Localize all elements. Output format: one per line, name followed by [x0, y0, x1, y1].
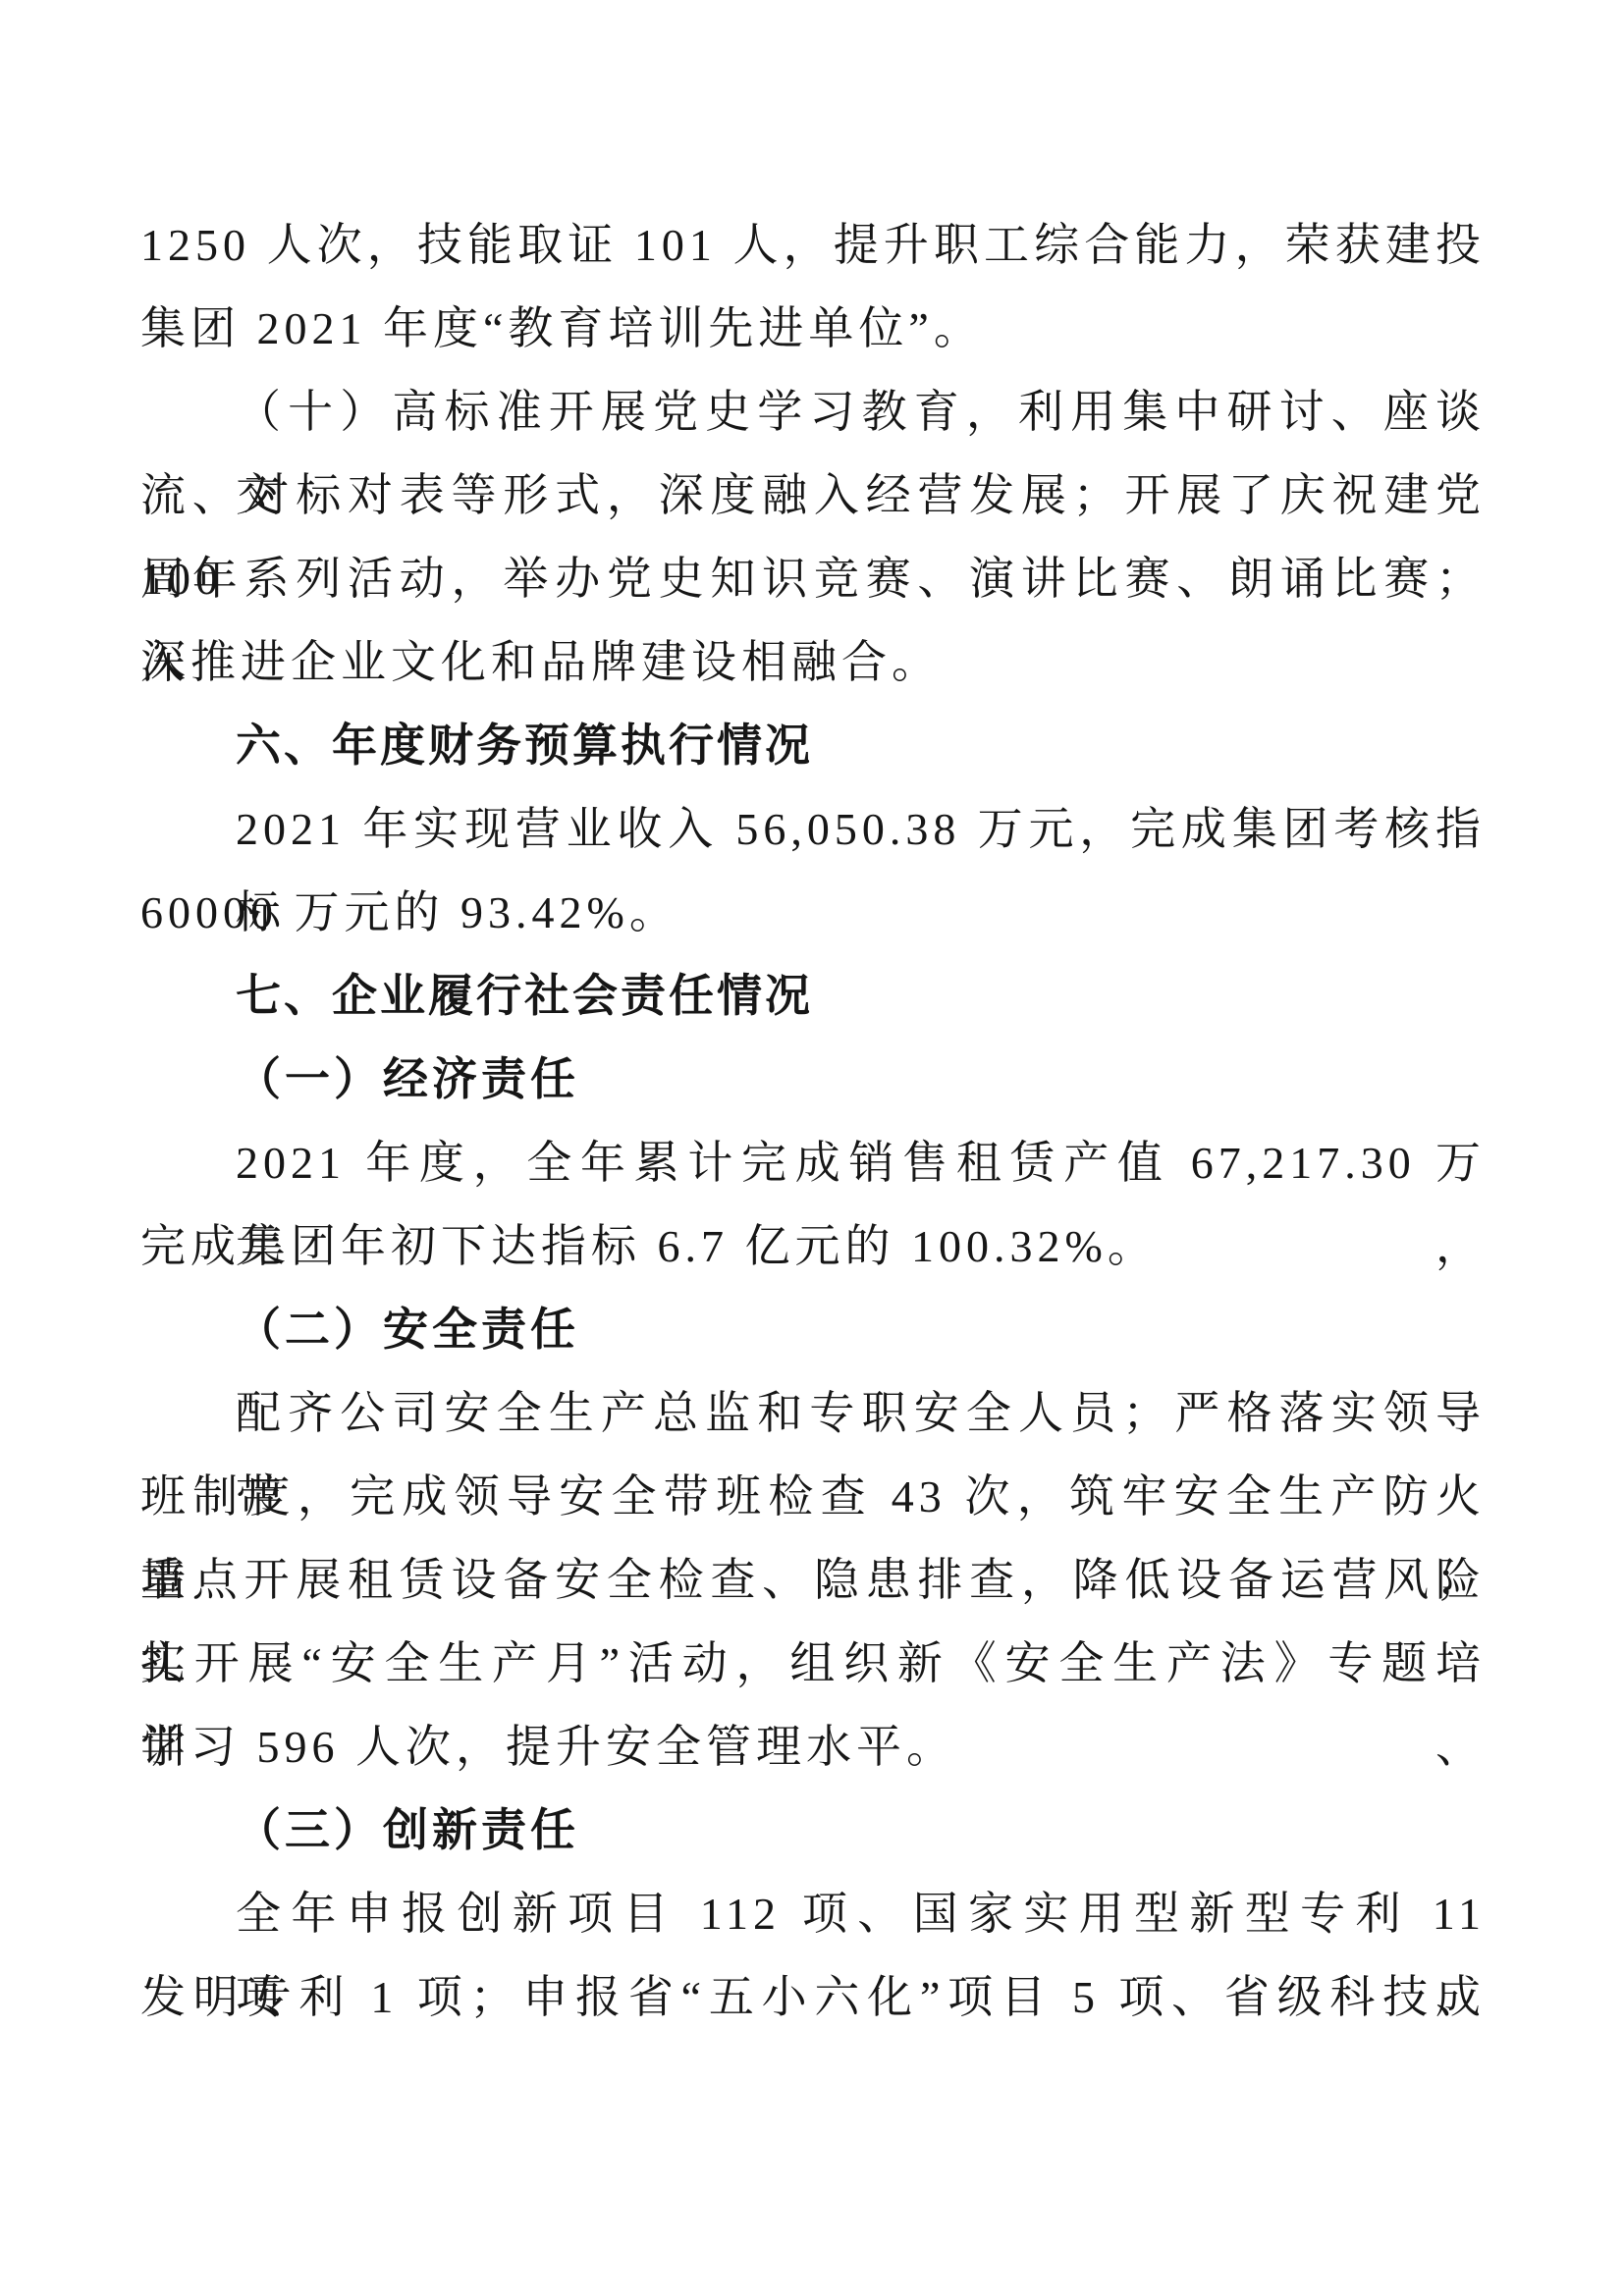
text-line: 入推进企业文化和品牌建设相融合。 — [140, 620, 1486, 704]
document-page: 1250 人次，技能取证 101 人，提升职工综合能力，荣获建投集团 2021 … — [0, 0, 1624, 2296]
text-line: 2021 年实现营业收入 56,050.38 万元，完成集团考核指标 — [140, 787, 1486, 871]
text-line: （十）高标准开展党史学习教育，利用集中研讨、座谈交 — [140, 370, 1486, 454]
text-line: 全年申报创新项目 112 项、国家实用型新型专利 11 项、 — [140, 1872, 1486, 1955]
text-line: 实开展“安全生产月”活动，组织新《安全生产法》专题培训、 — [140, 1622, 1486, 1705]
section-heading: 六、年度财务预算执行情况 — [140, 704, 1486, 787]
document-body: 1250 人次，技能取证 101 人，提升职工综合能力，荣获建投集团 2021 … — [140, 203, 1486, 2039]
text-line: 流、对标对表等形式，深度融入经营发展；开展了庆祝建党 100 — [140, 454, 1486, 537]
text-line: 2021 年度，全年累计完成销售租赁产值 67,217.30 万元， — [140, 1121, 1486, 1204]
text-line: 60000 万元的 93.42%。 — [140, 871, 1486, 954]
text-line: 班制度，完成领导安全带班检查 43 次，筑牢安全生产防火墙； — [140, 1455, 1486, 1538]
sub-heading: （二）安全责任 — [140, 1288, 1486, 1371]
text-line: 集团 2021 年度“教育培训先进单位”。 — [140, 287, 1486, 370]
sub-heading: （一）经济责任 — [140, 1038, 1486, 1121]
sub-heading: （三）创新责任 — [140, 1789, 1486, 1872]
text-line: 1250 人次，技能取证 101 人，提升职工综合能力，荣获建投 — [140, 203, 1486, 287]
text-line: 重点开展租赁设备安全检查、隐患排查，降低设备运营风险扎 — [140, 1538, 1486, 1622]
text-line: 配齐公司安全生产总监和专职安全人员；严格落实领导带 — [140, 1371, 1486, 1455]
section-heading: 七、企业履行社会责任情况 — [140, 954, 1486, 1038]
text-line: 周年系列活动，举办党史知识竞赛、演讲比赛、朗诵比赛；深 — [140, 537, 1486, 620]
text-line: 发明专利 1 项；申报省“五小六化”项目 5 项、省级科技成 — [140, 1955, 1486, 2039]
